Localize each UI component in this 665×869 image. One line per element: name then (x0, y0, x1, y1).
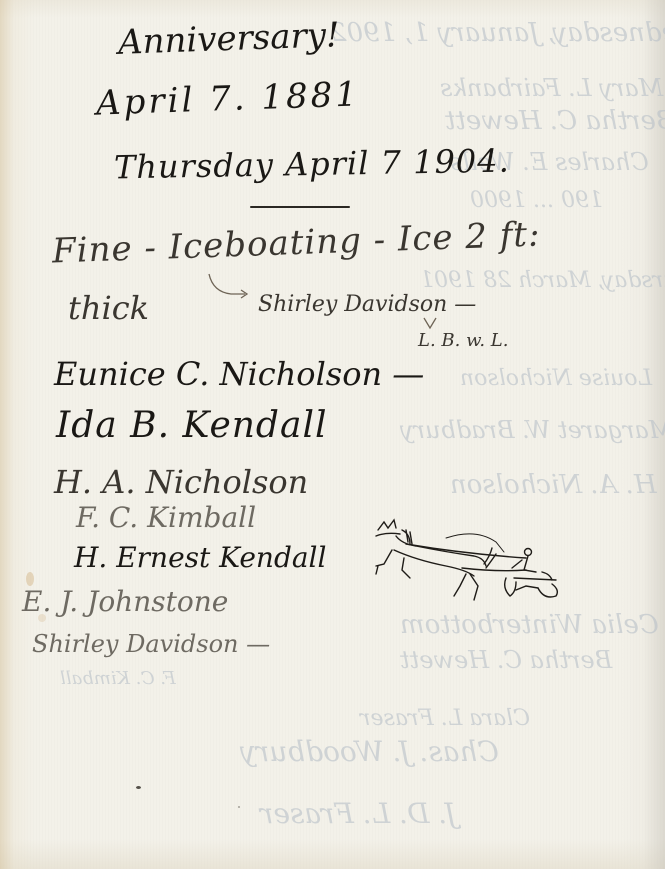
bleed-through-line: Clara L. Fraser (360, 708, 530, 730)
heading-divider (250, 206, 350, 208)
signature-ida-kendall: Ida B. Kendall (56, 408, 327, 444)
bleed-through-line: Thursday, March 28 1901 (420, 270, 665, 292)
ink-speck (238, 806, 240, 808)
signature-shirley-davidson: Shirley Davidson — (32, 632, 270, 656)
heading-current-date: Thursday April 7 1904. (114, 145, 510, 184)
bleed-through-line: Wednesday, January 1, 1902 (330, 20, 665, 46)
bleed-through-line: Chas. J. Woodbury (240, 738, 499, 766)
signature-ha-nicholson: H. A. Nicholson (54, 466, 308, 498)
paper-stain (38, 614, 46, 622)
note-thick: thick (68, 292, 149, 324)
heading-anniversary: Anniversary! (117, 18, 340, 60)
signature-fc-kimball: F. C. Kimball (76, 504, 256, 532)
bleed-through-line: H. A. Nicholson (450, 472, 657, 498)
bleed-through-line: F. C. Kimball (60, 670, 176, 688)
bleed-through-line: Mary L. Fairbanks (440, 76, 663, 100)
note-iceboating: Fine - Iceboating - Ice 2 ft: (52, 217, 541, 268)
caret-arrow-icon (420, 316, 440, 336)
signature-h-ernest-kendall: H. Ernest Kendall (74, 544, 326, 572)
horse-sleigh-sketch-icon (366, 508, 566, 618)
note-signature-shirley: Shirley Davidson — (258, 294, 476, 316)
signature-ej-johnstone: E. J. Johnstone (22, 588, 228, 616)
bleed-through-line: Bertha C. Hewett (400, 648, 612, 672)
bleed-through-line: Margaret W. Bradbury (400, 418, 665, 442)
guestbook-page: Wednesday, January 1, 1902 Mary L. Fairb… (0, 0, 665, 869)
caret-arrow-icon (205, 272, 265, 302)
heading-original-date: April 7. 1881 (95, 77, 360, 120)
bleed-through-line: Bertha C. Hewett (445, 108, 665, 134)
paper-stain (26, 572, 34, 586)
ink-speck (136, 786, 141, 789)
signature-eunice-nicholson: Eunice C. Nicholson — (54, 358, 424, 390)
bleed-through-line: J. D. L. Fraser (260, 800, 456, 828)
bleed-through-line: Louise Nicholson (460, 368, 652, 390)
bleed-through-line: 190 ... 1900 (470, 190, 603, 212)
